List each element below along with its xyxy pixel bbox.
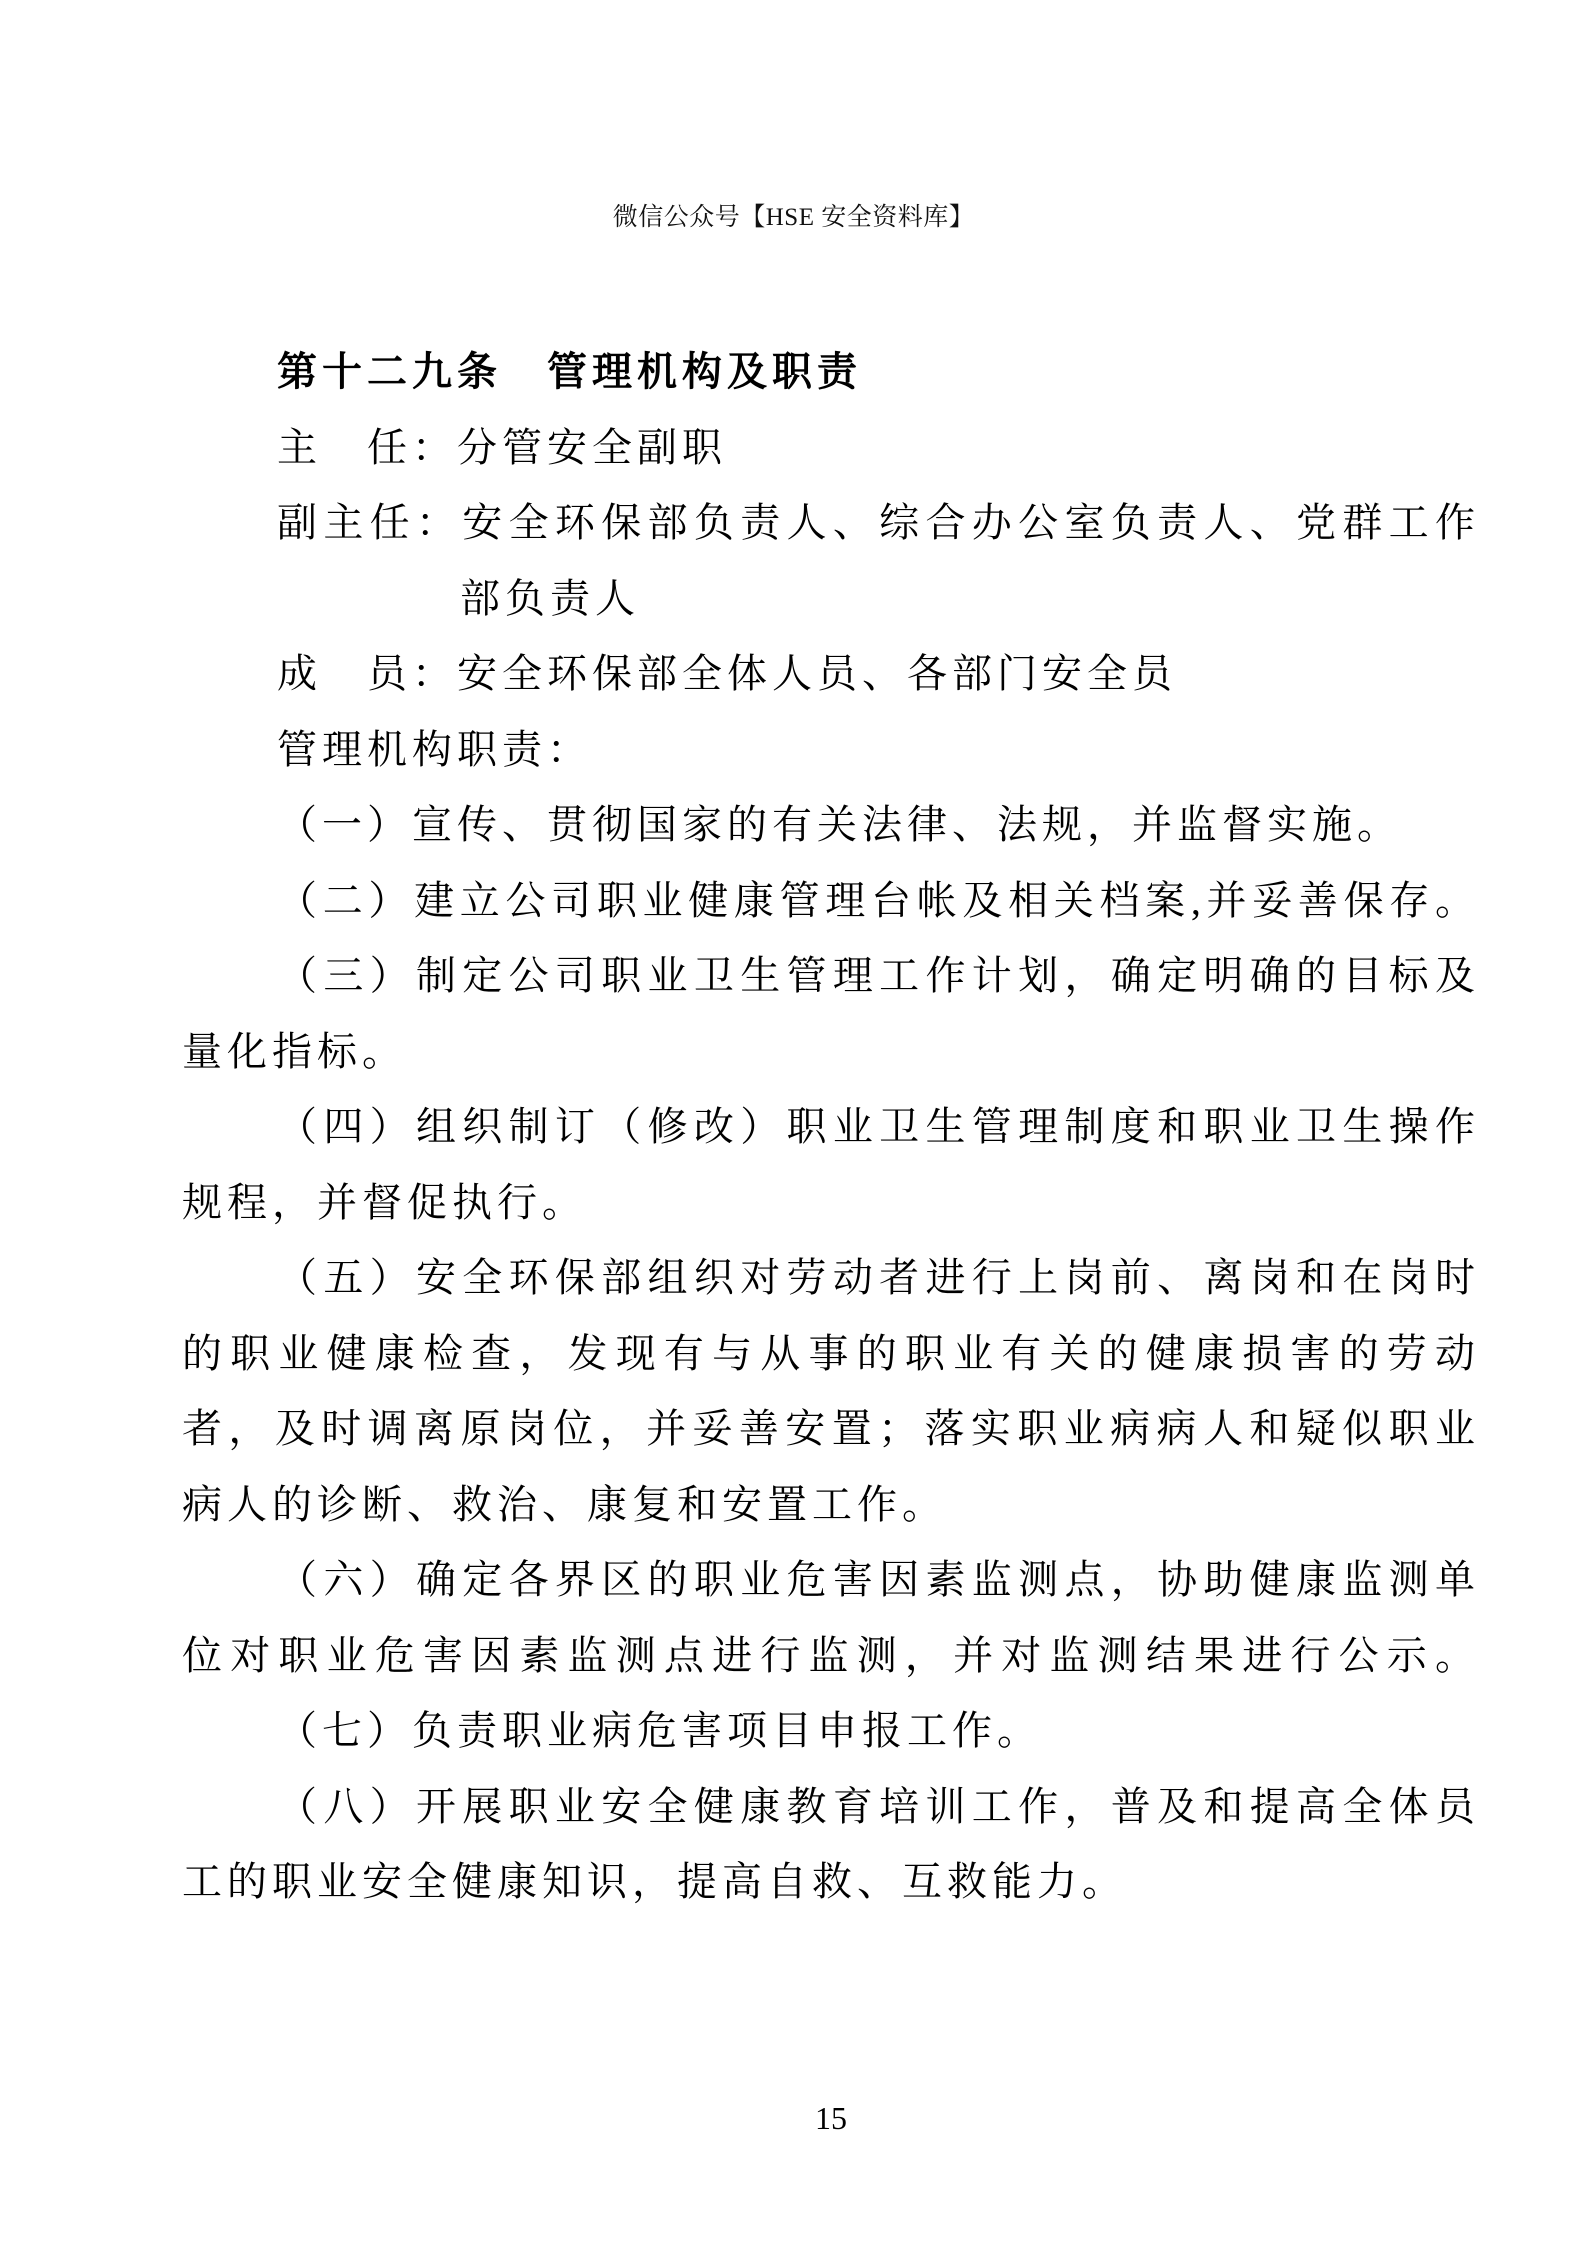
text-line: 量化指标。 — [182, 1014, 1480, 1090]
text-line: （六）确定各界区的职业危害因素监测点，协助健康监测单 — [182, 1542, 1480, 1618]
text-line: （五）安全环保部组织对劳动者进行上岗前、离岗和在岗时 — [182, 1240, 1480, 1316]
text-line: 副主任：安全环保部负责人、综合办公室负责人、党群工作 — [182, 485, 1480, 561]
text-line: 主 任：分管安全副职 — [182, 410, 1480, 486]
text-line: 规程，并督促执行。 — [182, 1165, 1480, 1241]
text-line: （一）宣传、贯彻国家的有关法律、法规，并监督实施。 — [182, 787, 1480, 863]
text-line: 部负责人 — [182, 561, 1480, 637]
document-body: 第十二九条 管理机构及职责主 任：分管安全副职副主任：安全环保部负责人、综合办公… — [182, 334, 1480, 1920]
page-header-watermark: 微信公众号【HSE 安全资料库】 — [0, 197, 1587, 233]
text-line: （二）建立公司职业健康管理台帐及相关档案,并妥善保存。 — [182, 863, 1480, 939]
text-line: （四）组织制订（修改）职业卫生管理制度和职业卫生操作 — [182, 1089, 1480, 1165]
text-line: （八）开展职业安全健康教育培训工作，普及和提高全体员 — [182, 1769, 1480, 1845]
text-line: （七）负责职业病危害项目申报工作。 — [182, 1693, 1480, 1769]
text-line: （三）制定公司职业卫生管理工作计划，确定明确的目标及 — [182, 938, 1480, 1014]
text-line: 的职业健康检查，发现有与从事的职业有关的健康损害的劳动 — [182, 1316, 1480, 1392]
page-number: 15 — [182, 2100, 1480, 2137]
text-line: 管理机构职责： — [182, 712, 1480, 788]
text-line: 成 员：安全环保部全体人员、各部门安全员 — [182, 636, 1480, 712]
text-line: 病人的诊断、救治、康复和安置工作。 — [182, 1467, 1480, 1543]
article-heading: 第十二九条 管理机构及职责 — [182, 334, 1480, 410]
text-line: 工的职业安全健康知识，提高自救、互救能力。 — [182, 1844, 1480, 1920]
text-line: 位对职业危害因素监测点进行监测，并对监测结果进行公示。 — [182, 1618, 1480, 1694]
text-line: 者，及时调离原岗位，并妥善安置；落实职业病病人和疑似职业 — [182, 1391, 1480, 1467]
document-page: 微信公众号【HSE 安全资料库】 第十二九条 管理机构及职责主 任：分管安全副职… — [0, 0, 1587, 2245]
